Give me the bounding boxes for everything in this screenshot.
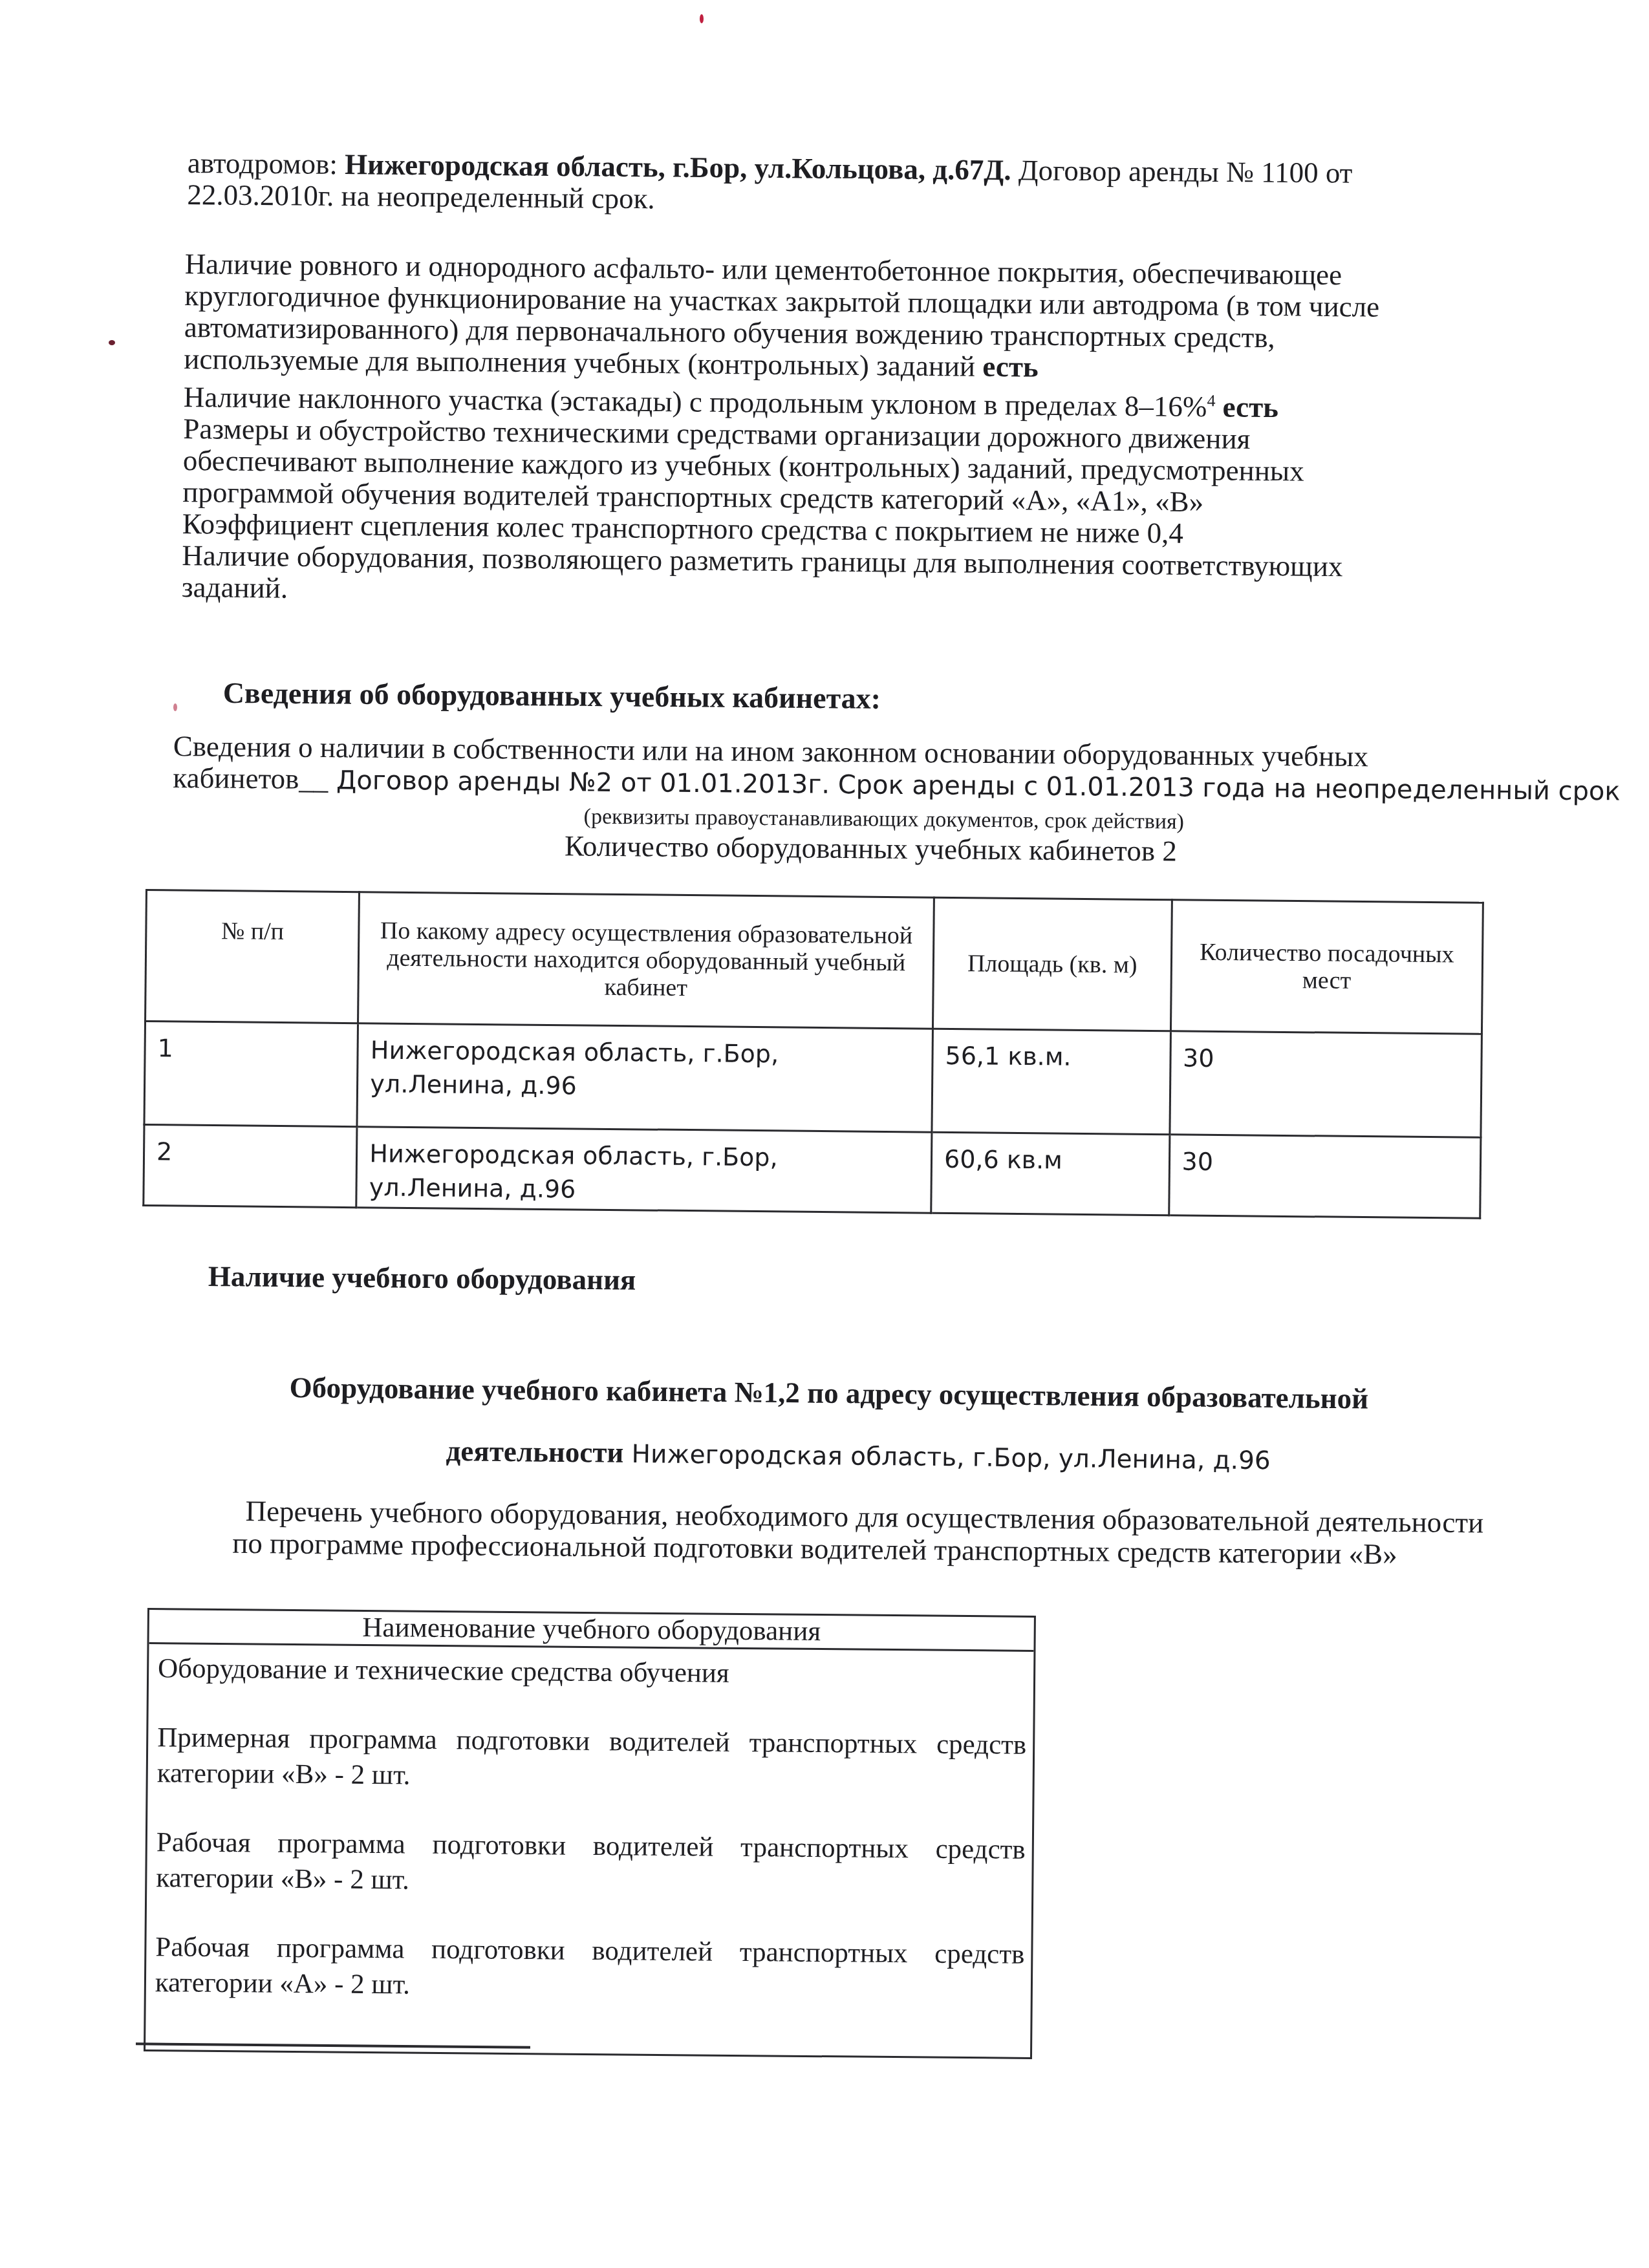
equipment-list-intro: Перечень учебного оборудования, необходи…: [245, 1495, 1483, 1571]
requirement-marking-equipment: Наличие оборудования, позволяющего разме…: [182, 540, 1563, 616]
cabinets-table: № п/п По какому адресу осуществления обр…: [142, 889, 1484, 1219]
column-header-number: № п/п: [145, 890, 360, 1023]
cabinet-equipment-address: деятельности Нижегородская область, г.Бо…: [446, 1434, 1270, 1476]
column-header-seats: Количество посадочных мест: [1170, 900, 1483, 1034]
cell-number: 1: [144, 1022, 358, 1127]
footnote-marker: 4: [1207, 391, 1215, 410]
scan-speck: [109, 340, 115, 345]
requirement-surface: Наличие ровного и однородного асфальто- …: [184, 248, 1566, 388]
scan-speck: [700, 14, 704, 23]
cabinets-heading: Сведения об оборудованных учебных кабине…: [223, 676, 881, 716]
table-header-row: № п/п По какому адресу осуществления обр…: [145, 890, 1483, 1034]
cell-area: 56,1 кв.м.: [932, 1029, 1170, 1135]
equipment-group-title: Оборудование и технические средства обуч…: [158, 1651, 1027, 1694]
table-row: 2 Нижегородская область, г.Бор, ул.Ленин…: [144, 1124, 1481, 1218]
cabinet-equipment-title: Оборудование учебного кабинета №1,2 по а…: [289, 1371, 1368, 1415]
column-header-address: По какому адресу осуществления образоват…: [358, 892, 934, 1029]
requirement-dimensions: Размеры и обустройство техническими сред…: [182, 413, 1564, 521]
activity-address: Нижегородская область, г.Бор, ул.Ленина,…: [623, 1440, 1271, 1475]
activity-label: деятельности: [446, 1435, 623, 1469]
status-available: есть: [982, 350, 1039, 383]
cell-number: 2: [144, 1124, 358, 1207]
requirements-list: Наличие ровного и однородного асфальто- …: [182, 248, 1566, 616]
equipment-item: Рабочая программа подготовки водителей т…: [156, 1824, 1026, 1903]
equipment-item: Примерная программа подготовки водителей…: [157, 1720, 1027, 1799]
document-page: автодромов: Нижегородская область, г.Бор…: [0, 0, 1649, 2268]
autodrome-contract: Договор аренды № 1100 от: [1011, 154, 1352, 189]
status-available: есть: [1215, 390, 1278, 423]
autodrome-prefix: автодромов:: [188, 147, 345, 180]
equipment-table: Наименование учебного оборудования Обору…: [144, 1608, 1036, 2059]
cell-area: 60,6 кв.м: [931, 1132, 1170, 1215]
cabinets-ownership: Сведения о наличии в собственности или н…: [172, 731, 1557, 872]
cell-address: Нижегородская область, г.Бор, ул.Ленина,…: [357, 1023, 932, 1133]
ownership-prefix: кабинетов__: [173, 762, 328, 795]
cell-seats: 30: [1170, 1031, 1482, 1138]
autodrome-info: автодромов: Нижегородская область, г.Бор…: [187, 147, 1578, 223]
cell-address: Нижегородская область, г.Бор, ул.Ленина,…: [356, 1127, 932, 1214]
equipment-heading: Наличие учебного оборудования: [208, 1259, 636, 1297]
scan-speck: [173, 703, 177, 711]
cell-seats: 30: [1169, 1135, 1481, 1219]
column-header-area: Площадь (кв. м): [933, 897, 1172, 1031]
equipment-item: Рабочая программа подготовки водителей т…: [155, 1929, 1025, 2008]
table-row: 1 Нижегородская область, г.Бор, ул.Ленин…: [144, 1022, 1482, 1138]
